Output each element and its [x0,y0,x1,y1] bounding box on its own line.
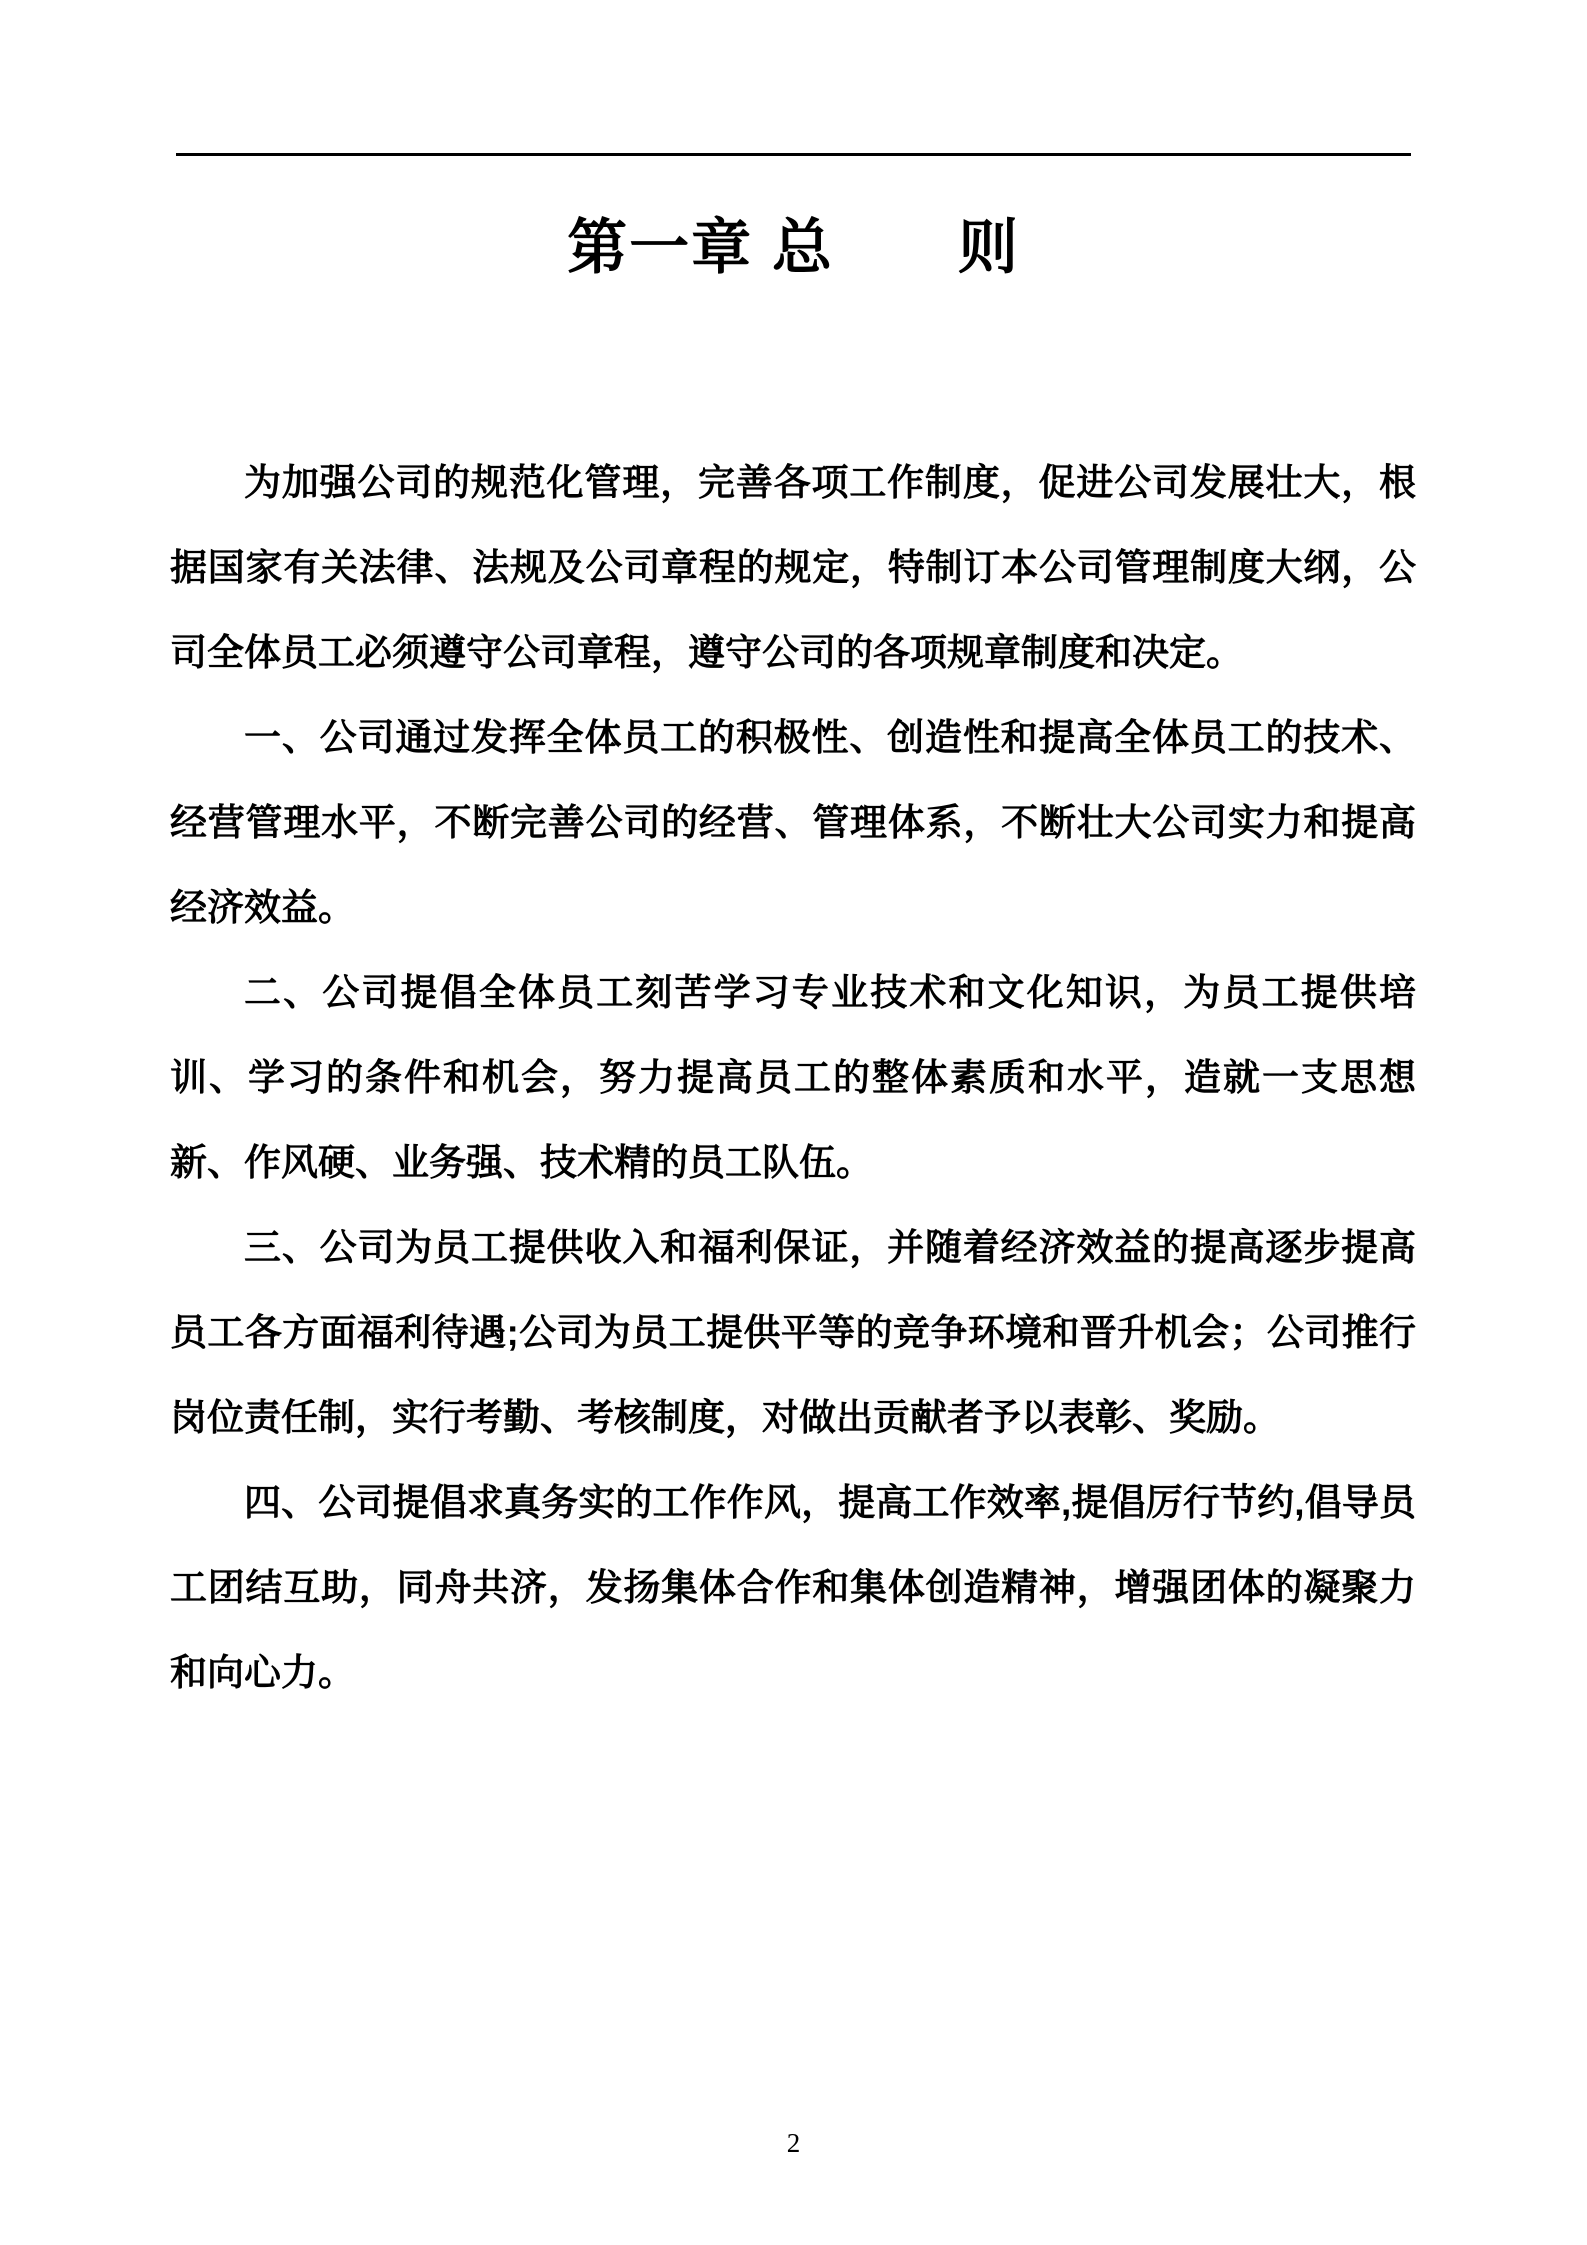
paragraph-item-2: 二、公司提倡全体员工刻苦学习专业技术和文化知识，为员工提供培训、学习的条件和机会… [170,950,1416,1205]
chapter-title: 第一章 总 则 [0,208,1587,288]
paragraph-intro: 为加强公司的规范化管理，完善各项工作制度，促进公司发展壮大，根据国家有关法律、法… [170,440,1416,695]
paragraph-item-4: 四、公司提倡求真务实的工作作风，提高工作效率,提倡厉行节约,倡导员工团结互助，同… [170,1460,1416,1715]
paragraph-item-1: 一、公司通过发挥全体员工的积极性、创造性和提高全体员工的技术、经营管理水平，不断… [170,695,1416,950]
document-body: 为加强公司的规范化管理，完善各项工作制度，促进公司发展壮大，根据国家有关法律、法… [170,440,1416,1715]
paragraph-item-3: 三、公司为员工提供收入和福利保证，并随着经济效益的提高逐步提高员工各方面福利待遇… [170,1205,1416,1460]
header-divider [176,153,1411,156]
document-page: 第一章 总 则 为加强公司的规范化管理，完善各项工作制度，促进公司发展壮大，根据… [0,0,1587,2245]
page-number: 2 [0,2128,1587,2159]
